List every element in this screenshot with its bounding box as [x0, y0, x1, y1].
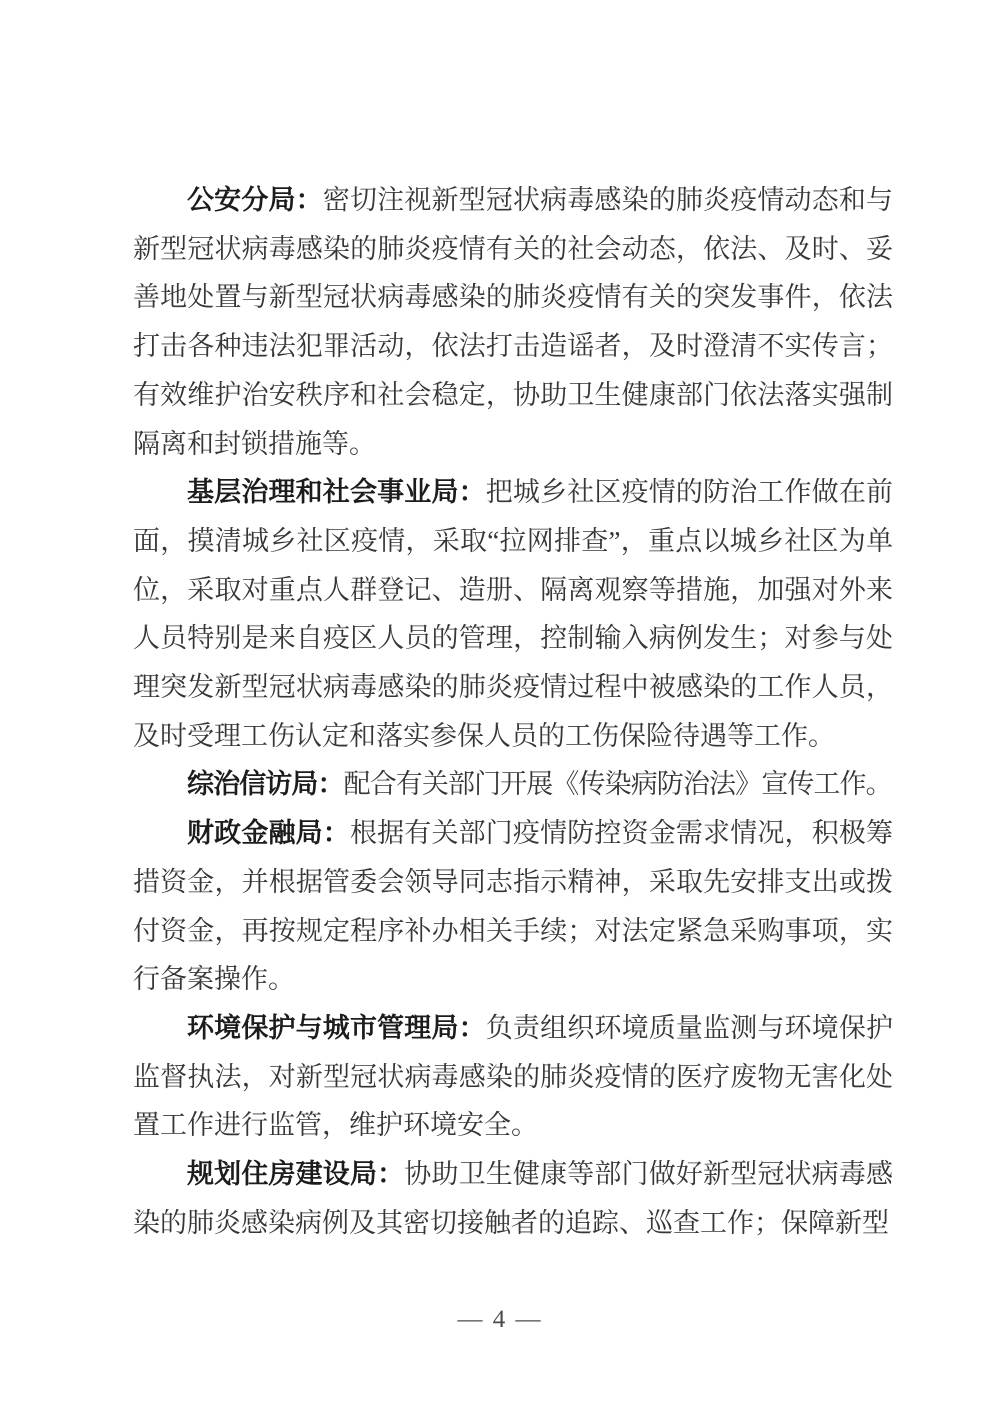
- document-body: 公安分局：密切注视新型冠状病毒感染的肺炎疫情动态和与新型冠状病毒感染的肺炎疫情有…: [133, 176, 893, 1247]
- paragraph-environment-bureau: 环境保护与城市管理局：负责组织环境质量监测与环境保护监督执法，对新型冠状病毒感染…: [133, 1004, 893, 1150]
- paragraph-body: 把城乡社区疫情的防治工作做在前面，摸清城乡社区疫情，采取“拉网排查”，重点以城乡…: [133, 477, 893, 751]
- paragraph-heading: 综治信访局：: [187, 769, 344, 799]
- paragraph-heading: 环境保护与城市管理局：: [187, 1013, 486, 1043]
- paragraph-planning-housing-bureau: 规划住房建设局：协助卫生健康等部门做好新型冠状病毒感染的肺炎感染病例及其密切接触…: [133, 1150, 893, 1247]
- paragraph-body: 密切注视新型冠状病毒感染的肺炎疫情动态和与新型冠状病毒感染的肺炎疫情有关的社会动…: [133, 185, 893, 459]
- paragraph-body: 配合有关部门开展《传染病防治法》宣传工作。: [344, 769, 892, 799]
- paragraph-heading: 财政金融局：: [187, 818, 350, 848]
- paragraph-heading: 规划住房建设局：: [187, 1159, 404, 1189]
- paragraph-heading: 公安分局：: [187, 185, 323, 215]
- paragraph-finance-bureau: 财政金融局：根据有关部门疫情防控资金需求情况，积极筹措资金，并根据管委会领导同志…: [133, 809, 893, 1004]
- page-number: — 4 —: [0, 1306, 1000, 1334]
- paragraph-public-security: 公安分局：密切注视新型冠状病毒感染的肺炎疫情动态和与新型冠状病毒感染的肺炎疫情有…: [133, 176, 893, 468]
- document-page: 公安分局：密切注视新型冠状病毒感染的肺炎疫情动态和与新型冠状病毒感染的肺炎疫情有…: [0, 0, 1000, 1414]
- paragraph-petition-bureau: 综治信访局：配合有关部门开展《传染病防治法》宣传工作。: [133, 760, 893, 809]
- paragraph-grassroots-governance: 基层治理和社会事业局：把城乡社区疫情的防治工作做在前面，摸清城乡社区疫情，采取“…: [133, 468, 893, 760]
- paragraph-heading: 基层治理和社会事业局：: [187, 477, 486, 507]
